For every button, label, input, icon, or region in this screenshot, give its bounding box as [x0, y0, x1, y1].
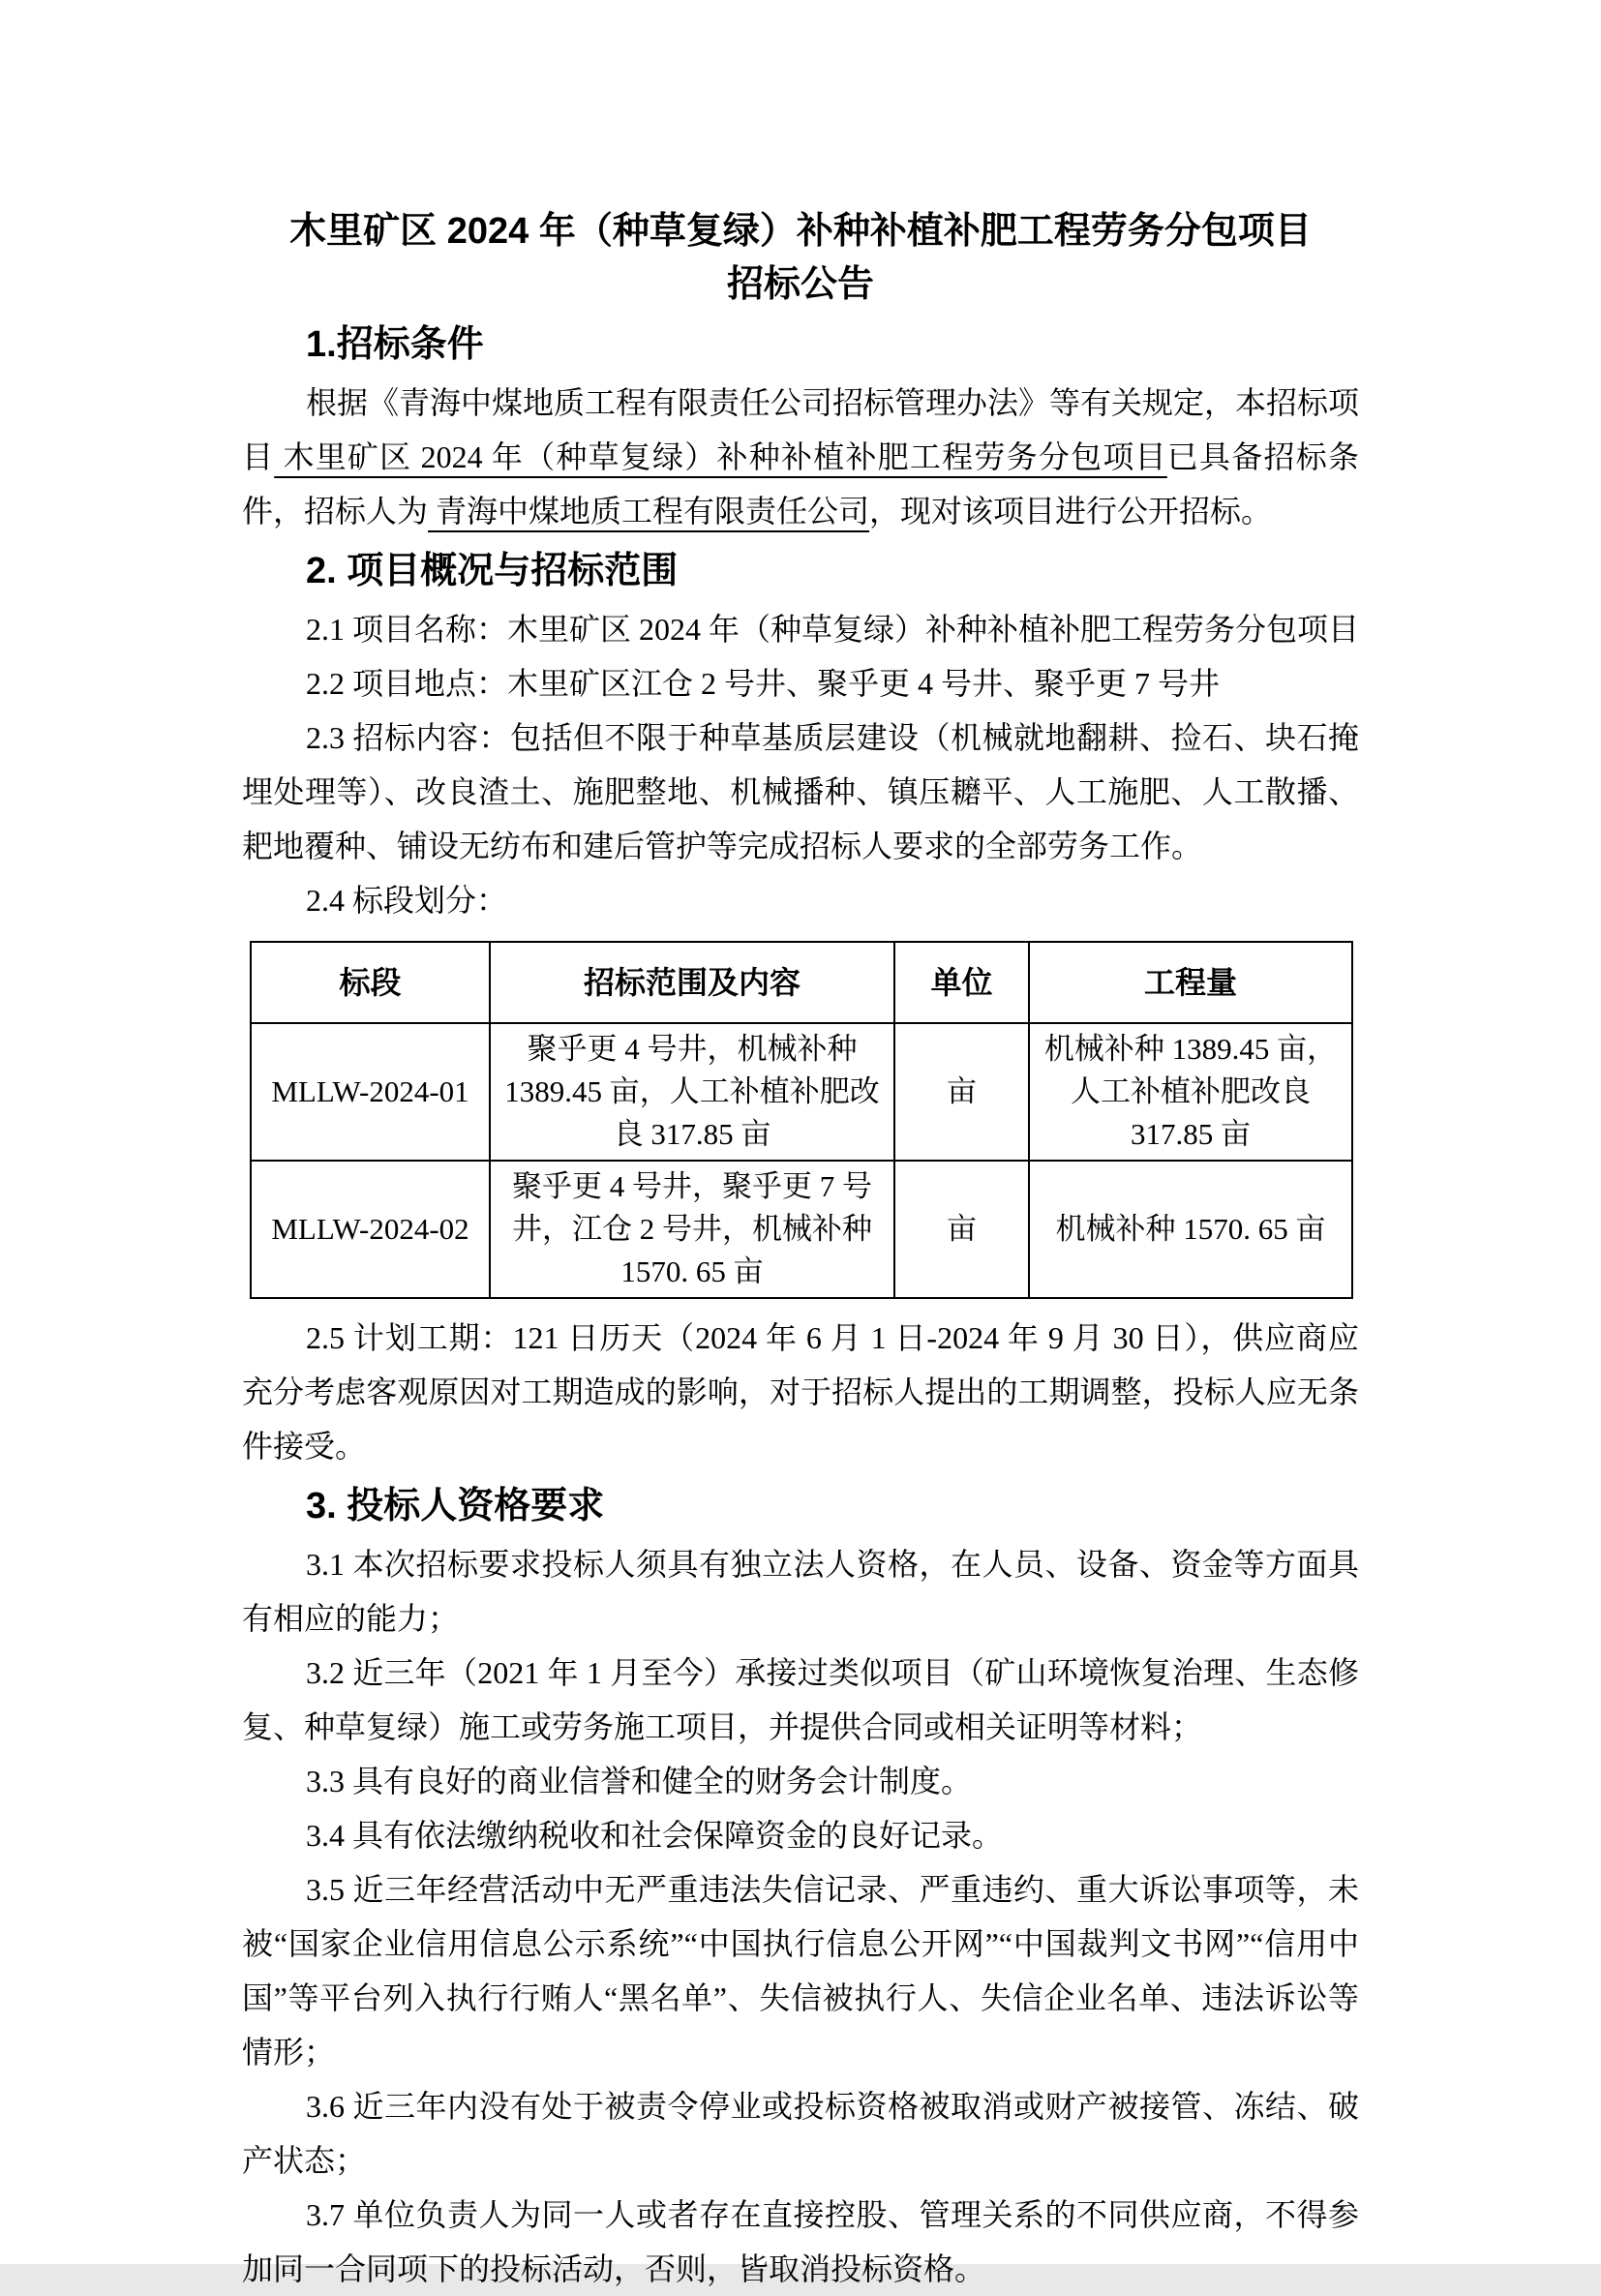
item-2-4-lot-division-label: 2.4 标段划分： — [242, 873, 1359, 927]
qualification-item-3-1: 3.1 本次招标要求投标人须具有独立法人资格，在人员、设备、资金等方面具有相应的… — [242, 1537, 1359, 1646]
qualification-item-3-4: 3.4 具有依法缴纳税收和社会保障资金的良好记录。 — [242, 1808, 1359, 1862]
document-page: 木里矿区 2024 年（种草复绿）补种补植补肥工程劳务分包项目 招标公告 1.招… — [0, 0, 1601, 2264]
table-header-scope: 招标范围及内容 — [490, 942, 894, 1023]
qualification-item-3-6: 3.6 近三年内没有处于被责令停业或投标资格被取消或财产被接管、冻结、破产状态； — [242, 2079, 1359, 2188]
document-title: 木里矿区 2024 年（种草复绿）补种补植补肥工程劳务分包项目 招标公告 — [242, 205, 1359, 312]
item-2-5-schedule: 2.5 计划工期：121 日历天（2024 年 6 月 1 日-2024 年 9… — [242, 1311, 1359, 1473]
document-title-line1: 木里矿区 2024 年（种草复绿）补种补植补肥工程劳务分包项目 — [289, 211, 1312, 252]
qualification-item-3-5: 3.5 近三年经营活动中无严重违法失信记录、严重违约、重大诉讼事项等，未被“国家… — [242, 1862, 1359, 2079]
qualification-item-3-3: 3.3 具有良好的商业信誉和健全的财务会计制度。 — [242, 1754, 1359, 1808]
section-2-heading: 2. 项目概况与招标范围 — [306, 544, 1359, 598]
table-row: MLLW-2024-02 聚乎更 4 号井，聚乎更 7 号井，江仓 2 号井，机… — [251, 1161, 1352, 1298]
intro-text-post: ，现对该项目进行公开招标。 — [869, 494, 1272, 529]
section-1-heading: 1.招标条件 — [306, 317, 1359, 372]
item-2-3-tender-content: 2.3 招标内容：包括但不限于种草基质层建设（机械就地翻耕、捡石、块石掩埋处理等… — [242, 710, 1359, 873]
qualification-item-3-7: 3.7 单位负责人为同一人或者存在直接控股、管理关系的不同供应商，不得参加同一合… — [242, 2188, 1359, 2296]
lot-scope-cell: 聚乎更 4 号井，机械补种 1389.45 亩，人工补植补肥改良 317.85 … — [490, 1023, 894, 1161]
intro-paragraph: 根据《青海中煤地质工程有限责任公司招标管理办法》等有关规定，本招标项目 木里矿区… — [242, 376, 1359, 538]
lot-unit-cell: 亩 — [894, 1023, 1029, 1161]
table-header-quantity: 工程量 — [1029, 942, 1352, 1023]
table-header-lot: 标段 — [251, 942, 490, 1023]
qualification-item-3-2: 3.2 近三年（2021 年 1 月至今）承接过类似项目（矿山环境恢复治理、生态… — [242, 1646, 1359, 1754]
lot-id-cell: MLLW-2024-02 — [251, 1161, 490, 1298]
project-name-underlined: 木里矿区 2024 年（种草复绿）补种补植补肥工程劳务分包项目 — [274, 439, 1167, 474]
table-row: MLLW-2024-01 聚乎更 4 号井，机械补种 1389.45 亩，人工补… — [251, 1023, 1352, 1161]
lot-quantity-cell: 机械补种 1570. 65 亩 — [1029, 1161, 1352, 1298]
document-title-line2: 招标公告 — [727, 264, 874, 305]
item-2-2-project-location: 2.2 项目地点：木里矿区江仓 2 号井、聚乎更 4 号井、聚乎更 7 号井 — [242, 656, 1359, 710]
table-header-row: 标段 招标范围及内容 单位 工程量 — [251, 942, 1352, 1023]
item-2-1-project-name: 2.1 项目名称：木里矿区 2024 年（种草复绿）补种补植补肥工程劳务分包项目 — [242, 602, 1359, 656]
tenderee-name-underlined: 青海中煤地质工程有限责任公司 — [428, 494, 869, 529]
lot-id-cell: MLLW-2024-01 — [251, 1023, 490, 1161]
section-3-heading: 3. 投标人资格要求 — [306, 1479, 1359, 1533]
lot-quantity-cell: 机械补种 1389.45 亩，人工补植补肥改良 317.85 亩 — [1029, 1023, 1352, 1161]
lot-scope-cell: 聚乎更 4 号井，聚乎更 7 号井，江仓 2 号井，机械补种 1570. 65 … — [490, 1161, 894, 1298]
lot-division-table: 标段 招标范围及内容 单位 工程量 MLLW-2024-01 聚乎更 4 号井，… — [250, 941, 1353, 1299]
table-header-unit: 单位 — [894, 942, 1029, 1023]
lot-unit-cell: 亩 — [894, 1161, 1029, 1298]
